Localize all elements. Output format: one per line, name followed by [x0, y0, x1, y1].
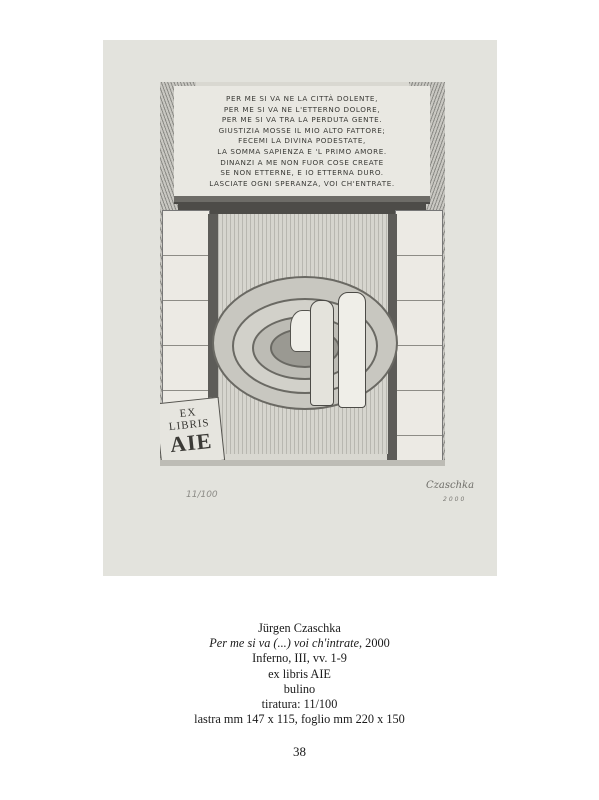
- inscription-line: Dinanzi a me non fuor cose create: [174, 158, 430, 169]
- artwork-caption: Jürgen Czaschka Per me si va (...) voi c…: [0, 621, 599, 727]
- caption-year: , 2000: [359, 636, 390, 650]
- caption-dimensions: lastra mm 147 x 115, foglio mm 220 x 150: [0, 712, 599, 727]
- ex-libris-tablet: EX LIBRIS AIE: [160, 397, 225, 466]
- dante-figure: [338, 292, 366, 408]
- gate-pillar-right: [395, 210, 443, 466]
- ex-libris-owner: AIE: [160, 428, 223, 458]
- inscription-line: Giustizia mosse il mio alto fattore;: [174, 126, 430, 137]
- page-number: 38: [0, 744, 599, 760]
- inscription-line: la somma sapienza e 'l primo amore.: [174, 147, 430, 158]
- signature-year: 2000: [443, 496, 466, 503]
- caption-print-run: tiratura: 11/100: [0, 697, 599, 712]
- virgil-figure: [310, 300, 334, 406]
- engraving-sheet: Per me si va ne la città dolente, per me…: [103, 40, 497, 576]
- edition-number: 11/100: [186, 490, 218, 500]
- engraving-plate: Per me si va ne la città dolente, per me…: [160, 82, 445, 466]
- caption-technique: bulino: [0, 682, 599, 697]
- caption-type: ex libris AIE: [0, 667, 599, 682]
- inscription-line: per me si va tra la perduta gente.: [174, 115, 430, 126]
- inscription-line: se non etterne, e io etterna duro.: [174, 168, 430, 179]
- inscription-line: Per me si va ne la città dolente,: [174, 94, 430, 105]
- plate-ground: [160, 460, 445, 466]
- caption-artist: Jürgen Czaschka: [0, 621, 599, 636]
- inferno-inscription: Per me si va ne la città dolente, per me…: [174, 94, 430, 189]
- caption-title: Per me si va (...) voi ch'intrate: [209, 636, 359, 650]
- inscription-line: Lasciate ogni speranza, voi ch'entrate.: [174, 179, 430, 190]
- inscription-line: fecemi la divina podestate,: [174, 136, 430, 147]
- gate-lintel: [178, 202, 426, 214]
- inscription-line: per me si va ne l'etterno dolore,: [174, 105, 430, 116]
- inscription-tablet: Per me si va ne la città dolente, per me…: [174, 86, 430, 202]
- caption-source: Inferno, III, vv. 1-9: [0, 651, 599, 666]
- caption-title-line: Per me si va (...) voi ch'intrate, 2000: [0, 636, 599, 651]
- artist-signature: Czaschka: [426, 480, 474, 491]
